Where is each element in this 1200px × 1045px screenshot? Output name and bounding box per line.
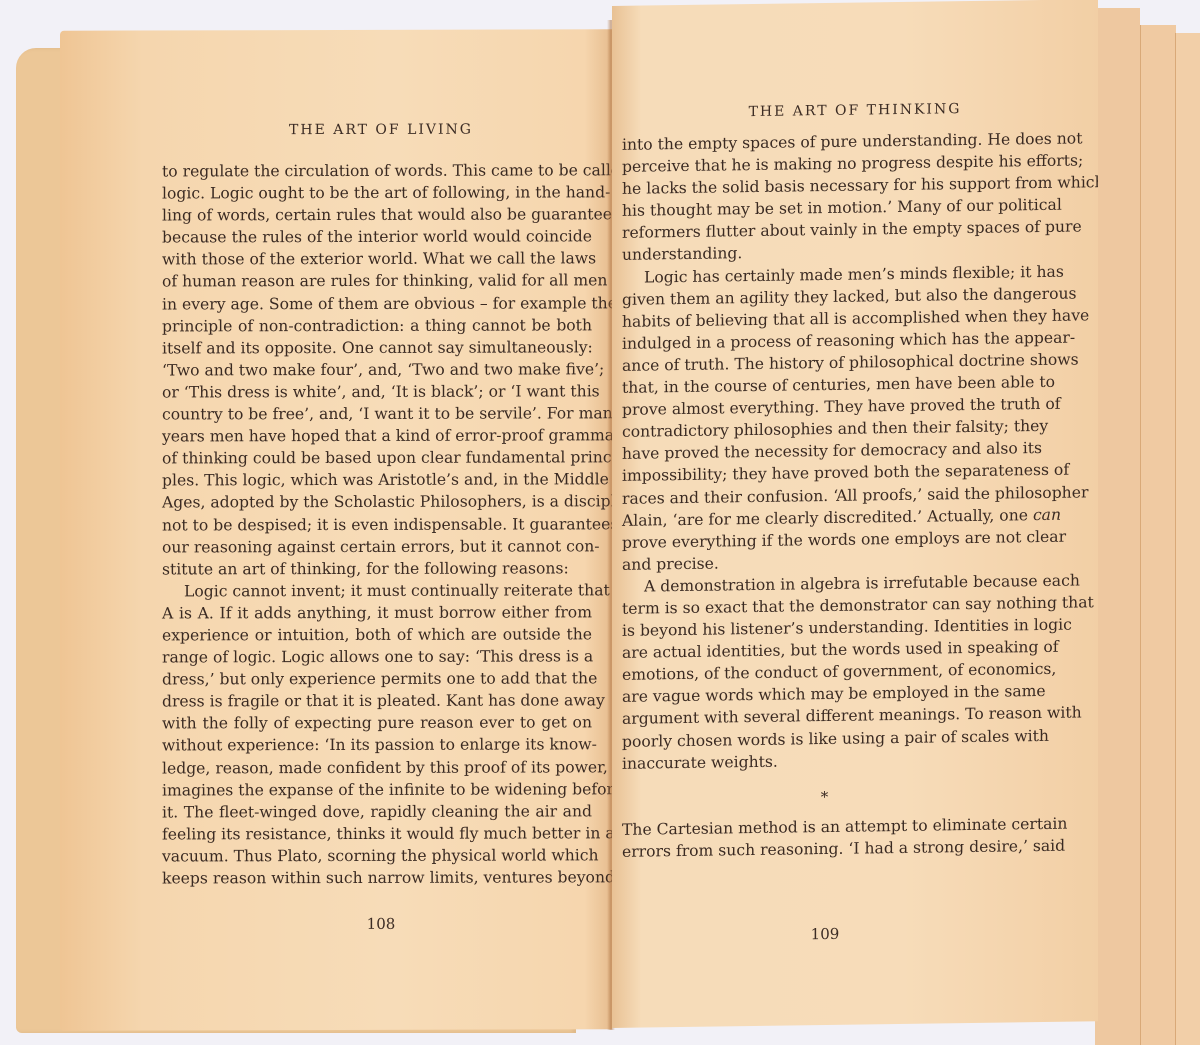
- text-line: range of logic. Logic allows one to say:…: [162, 645, 592, 668]
- text-line: vacuum. Thus Plato, scorning the physica…: [162, 844, 592, 867]
- text-line: experience or intuition, both of which a…: [162, 623, 592, 646]
- right-paragraph-4: The Cartesian method is an attempt to el…: [622, 813, 1027, 863]
- text-line: of thinking could be based upon clear fu…: [162, 447, 592, 470]
- text-line: imagines the expanse of the infinite to …: [162, 778, 592, 801]
- text-line: A is A. If it adds anything, it must bor…: [162, 601, 592, 624]
- left-page: THE ART OF LIVING to regulate the circul…: [60, 29, 612, 1030]
- text-line: in every age. Some of them are obvious –…: [162, 292, 592, 315]
- text-line: ples. This logic, which was Aristotle’s …: [162, 469, 592, 492]
- left-paragraph-2: Logic cannot invent; it must continually…: [162, 579, 592, 889]
- text-line: keeps reason within such narrow limits, …: [162, 866, 592, 889]
- text-line: years men have hoped that a kind of erro…: [162, 424, 592, 447]
- left-running-head: THE ART OF LIVING: [60, 121, 612, 138]
- right-body-text: into the empty spaces of pure understand…: [622, 128, 1027, 863]
- text-line: principle of non-contradiction: a thing …: [162, 314, 592, 337]
- text-line: because the rules of the interior world …: [162, 226, 592, 249]
- right-paragraph-1: into the empty spaces of pure understand…: [622, 128, 1027, 266]
- right-page-edge-1: [1095, 8, 1140, 1045]
- left-paragraph-1: to regulate the circulation of words. Th…: [162, 159, 592, 580]
- right-page-edge-3: [1175, 33, 1200, 1045]
- text-line: it. The fleet-winged dove, rapidly clean…: [162, 800, 592, 823]
- text-line: ledge, reason, made confident by this pr…: [162, 756, 592, 779]
- text-line: Ages, adopted by the Scholastic Philosop…: [162, 491, 592, 514]
- right-page-edge-2: [1140, 25, 1176, 1045]
- text-line: our reasoning against certain errors, bu…: [162, 535, 592, 558]
- text-line: ling of words, certain rules that would …: [162, 204, 592, 227]
- text-line: itself and its opposite. One cannot say …: [162, 336, 592, 359]
- text-line: to regulate the circulation of words. Th…: [162, 159, 592, 182]
- left-body-text: to regulate the circulation of words. Th…: [162, 159, 592, 889]
- text-line: Logic cannot invent; it must continually…: [162, 579, 592, 602]
- right-paragraph-2: Logic has certainly made men’s minds fle…: [622, 261, 1027, 576]
- text-line: stitute an art of thinking, for the foll…: [162, 557, 592, 580]
- text-line: or ‘This dress is white’, and, ‘It is bl…: [162, 380, 592, 403]
- text-line: feeling its resistance, thinks it would …: [162, 822, 592, 845]
- italic-word: can: [1028, 505, 1061, 523]
- text-line: dress is fragile or that it is pleated. …: [162, 690, 592, 713]
- text-line: inaccurate weights.: [622, 747, 1027, 775]
- right-page: THE ART OF THINKING into the empty space…: [612, 0, 1098, 1028]
- left-page-number: 108: [60, 914, 612, 933]
- text-line: with those of the exterior world. What w…: [162, 248, 592, 271]
- text-line: logic. Logic ought to be the art of foll…: [162, 181, 592, 204]
- text-line: of human reason are rules for thinking, …: [162, 270, 592, 293]
- right-page-number: 109: [612, 922, 1068, 947]
- text-line: country to be free’, and, ‘I want it to …: [162, 402, 592, 425]
- right-paragraph-3: A demonstration in algebra is irrefutabl…: [622, 570, 1027, 774]
- text-line: ‘Two and two make four’, and, ‘Two and t…: [162, 358, 592, 381]
- text-line: errors from such reasoning. ‘I had a str…: [622, 835, 1027, 863]
- text-line: not to be despised; it is even indispens…: [162, 513, 592, 536]
- section-break-asterisk: *: [622, 783, 1027, 811]
- text-line: dress,’ but only experience permits one …: [162, 667, 592, 690]
- text-line: without experience: ‘In its passion to e…: [162, 734, 592, 757]
- text-line: with the folly of expecting pure reason …: [162, 712, 592, 735]
- right-running-head: THE ART OF THINKING: [612, 99, 1098, 122]
